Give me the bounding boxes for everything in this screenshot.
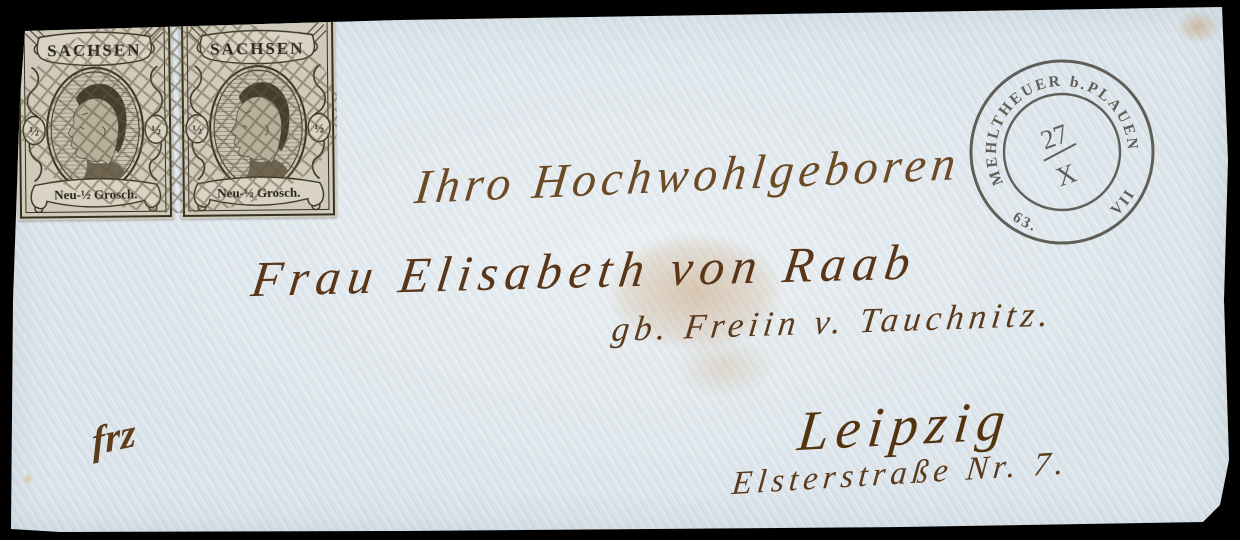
saxony-stamp-2: SACHSEN ½ ½ Neu-½ Grosch. — [178, 12, 338, 220]
envelope: SACHSEN ½ ½ Neu-½ Grosch. — [0, 0, 1240, 540]
stain-left-edge — [22, 472, 34, 486]
stamp-denomination-label: Neu-½ Grosch. — [217, 185, 300, 201]
postmark-date-slug: 27 X — [1032, 116, 1090, 194]
stamp-denomination-label: Neu-½ Grosch. — [54, 186, 137, 202]
stamp-value-right: ½ — [314, 120, 324, 135]
postmark: MEHLTHEUER b.PLAUEN 63. VII 27 X — [952, 42, 1172, 262]
postmark-day: 27 — [1036, 118, 1072, 155]
stamp-value-left: ½ — [192, 122, 202, 137]
stamp-value-left: ½ — [29, 123, 39, 138]
stamp-country-label: SACHSEN — [210, 39, 305, 59]
address-salutation: Ihro Hochwohlgeboren — [412, 136, 964, 215]
address-name: Frau Elisabeth von Raab — [248, 232, 921, 308]
photo-background: SACHSEN ½ ½ Neu-½ Grosch. — [0, 0, 1240, 540]
address-birth-name: gb. Freiin v. Tauchnitz. — [610, 294, 1056, 350]
stamp-value-right: ½ — [151, 122, 161, 137]
stain-top-right-corner — [1168, 4, 1228, 50]
saxony-stamp-1: SACHSEN ½ ½ Neu-½ Grosch. — [15, 14, 175, 222]
franco-notation: frz — [91, 408, 137, 465]
stamp-country-label: SACHSEN — [47, 40, 142, 60]
postmark-month: X — [1052, 157, 1081, 192]
stamp-pair: SACHSEN ½ ½ Neu-½ Grosch. — [15, 12, 338, 221]
